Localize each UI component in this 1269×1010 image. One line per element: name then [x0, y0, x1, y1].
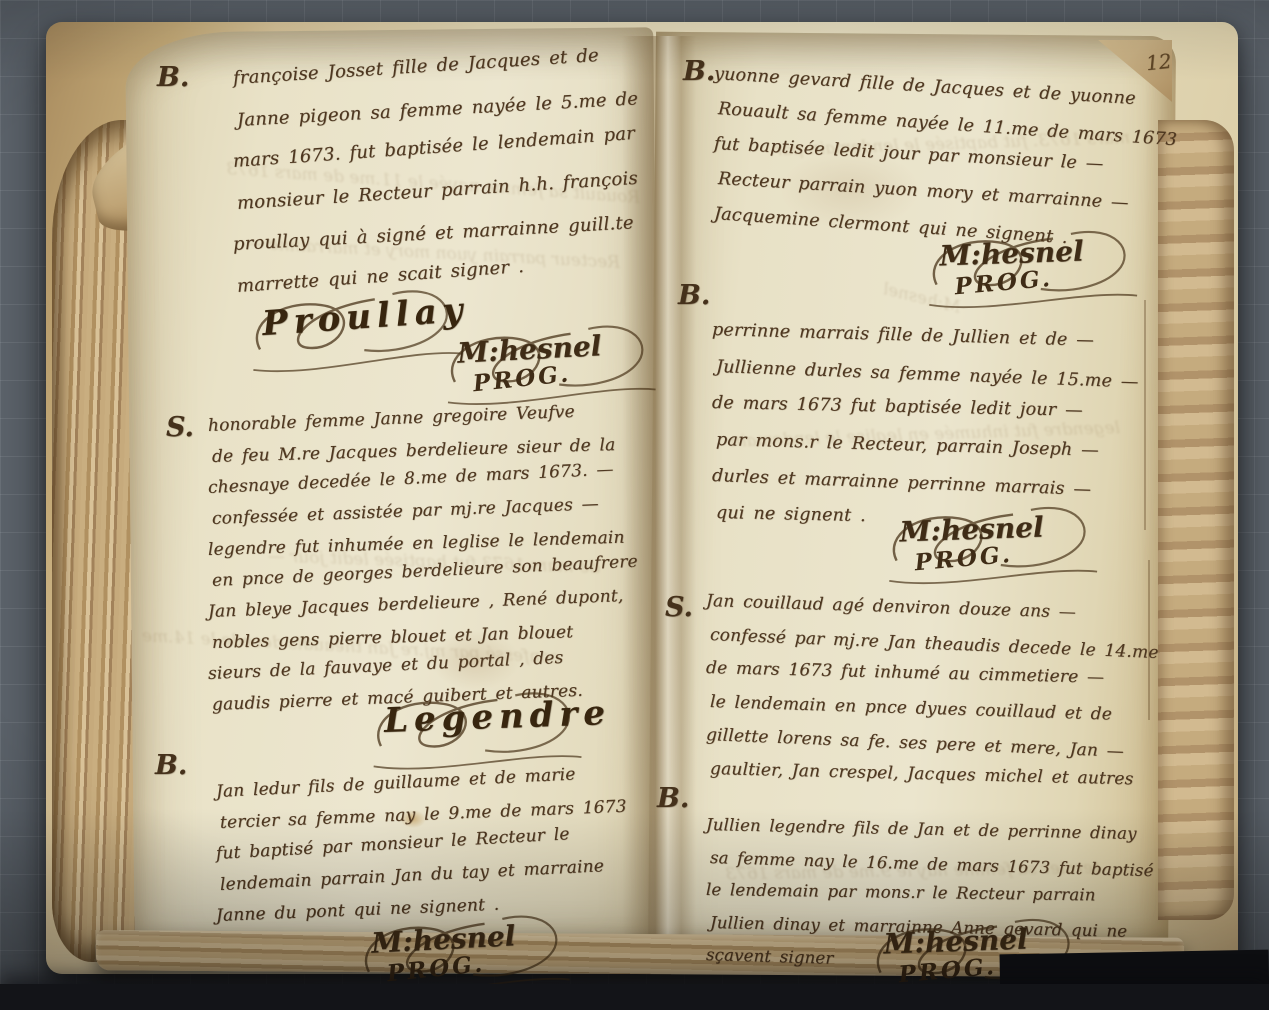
manuscript-line: sçavent signer: [706, 947, 834, 967]
page-number: 12: [1145, 51, 1172, 74]
manuscript-line: durles et marrainne perrinne marrais —: [712, 468, 1092, 499]
manuscript-line: confessé par mj.re Jan theaudis decede l…: [710, 627, 1159, 662]
manuscript-line: gillette lorens sa fe. ses pere et mere,…: [706, 727, 1125, 761]
manuscript-line: Jullien legendre fils de Jan et de perri…: [706, 817, 1137, 843]
manuscript-line: Jan couillaud agé denviron douze ans —: [706, 593, 1076, 622]
manuscript-line: chesnaye decedée le 8.me de mars 1673. —: [208, 462, 614, 497]
manuscript-line: de mars 1673 fut inhumé au cimmetiere —: [706, 660, 1105, 687]
manuscript-line: le lendemain par mons.r le Recteur parra…: [706, 882, 1096, 904]
manuscript-line: confessée et assistée par mj.re Jacques …: [212, 496, 599, 528]
manuscript-photo: 12 B.françoise Josset fille de Jacques e…: [0, 0, 1269, 1010]
signature: M:hesnelPROG.: [899, 514, 1045, 572]
manuscript-line: Recteur parrain yuon mory et marrainne —: [717, 171, 1129, 213]
manuscript-line: de mars 1673 fut baptisée ledit jour —: [712, 395, 1083, 420]
manuscript-line: Jullienne durles sa femme nayée le 15.me…: [716, 359, 1139, 392]
manuscript-line: fut baptisé par monsieur le Recteur le: [216, 826, 571, 863]
manuscript-line: françoise Josset fille de Jacques et de: [232, 47, 599, 88]
signature: M:hesnelPROG.: [371, 922, 518, 982]
manuscript-line: le lendemain en pnce dyues couillaud et …: [710, 694, 1113, 724]
manuscript-content: 12 B.françoise Josset fille de Jacques e…: [0, 0, 1269, 1010]
manuscript-line: gaultier, Jan crespel, Jacques michel et…: [710, 761, 1134, 788]
signature: Legendre: [383, 696, 611, 738]
manuscript-line: honorable femme Janne gregoire Veufve: [208, 404, 575, 435]
signature: M:hesnelPROG.: [457, 332, 604, 392]
entry-margin-letter: B.: [683, 58, 715, 85]
entry-margin-letter: B.: [657, 785, 689, 812]
manuscript-line: lendemain parrain Jan du tay et marraine: [220, 858, 605, 894]
ink-bleedthrough: tercier sa femme nay le 9.me de mars 167…: [725, 860, 1100, 884]
signature: M:hesnelPROG.: [939, 238, 1085, 296]
manuscript-line: Janne pigeon sa femme nayée le 5.me de: [237, 90, 639, 130]
manuscript-line: perrinne marrais fille de Jullien et de …: [712, 322, 1094, 350]
entry-margin-letter: B.: [678, 282, 710, 309]
manuscript-line: qui ne signent .: [716, 505, 866, 526]
entry-margin-letter: S.: [166, 414, 194, 441]
manuscript-line: Jan bleye Jacques berdelieure , René dup…: [208, 588, 624, 621]
entry-margin-letter: B.: [157, 64, 189, 91]
table-edge: [0, 984, 1269, 1010]
entry-margin-letter: S.: [665, 594, 693, 621]
signature-name: Legendre: [383, 693, 611, 741]
entry-margin-letter: B.: [155, 752, 187, 779]
